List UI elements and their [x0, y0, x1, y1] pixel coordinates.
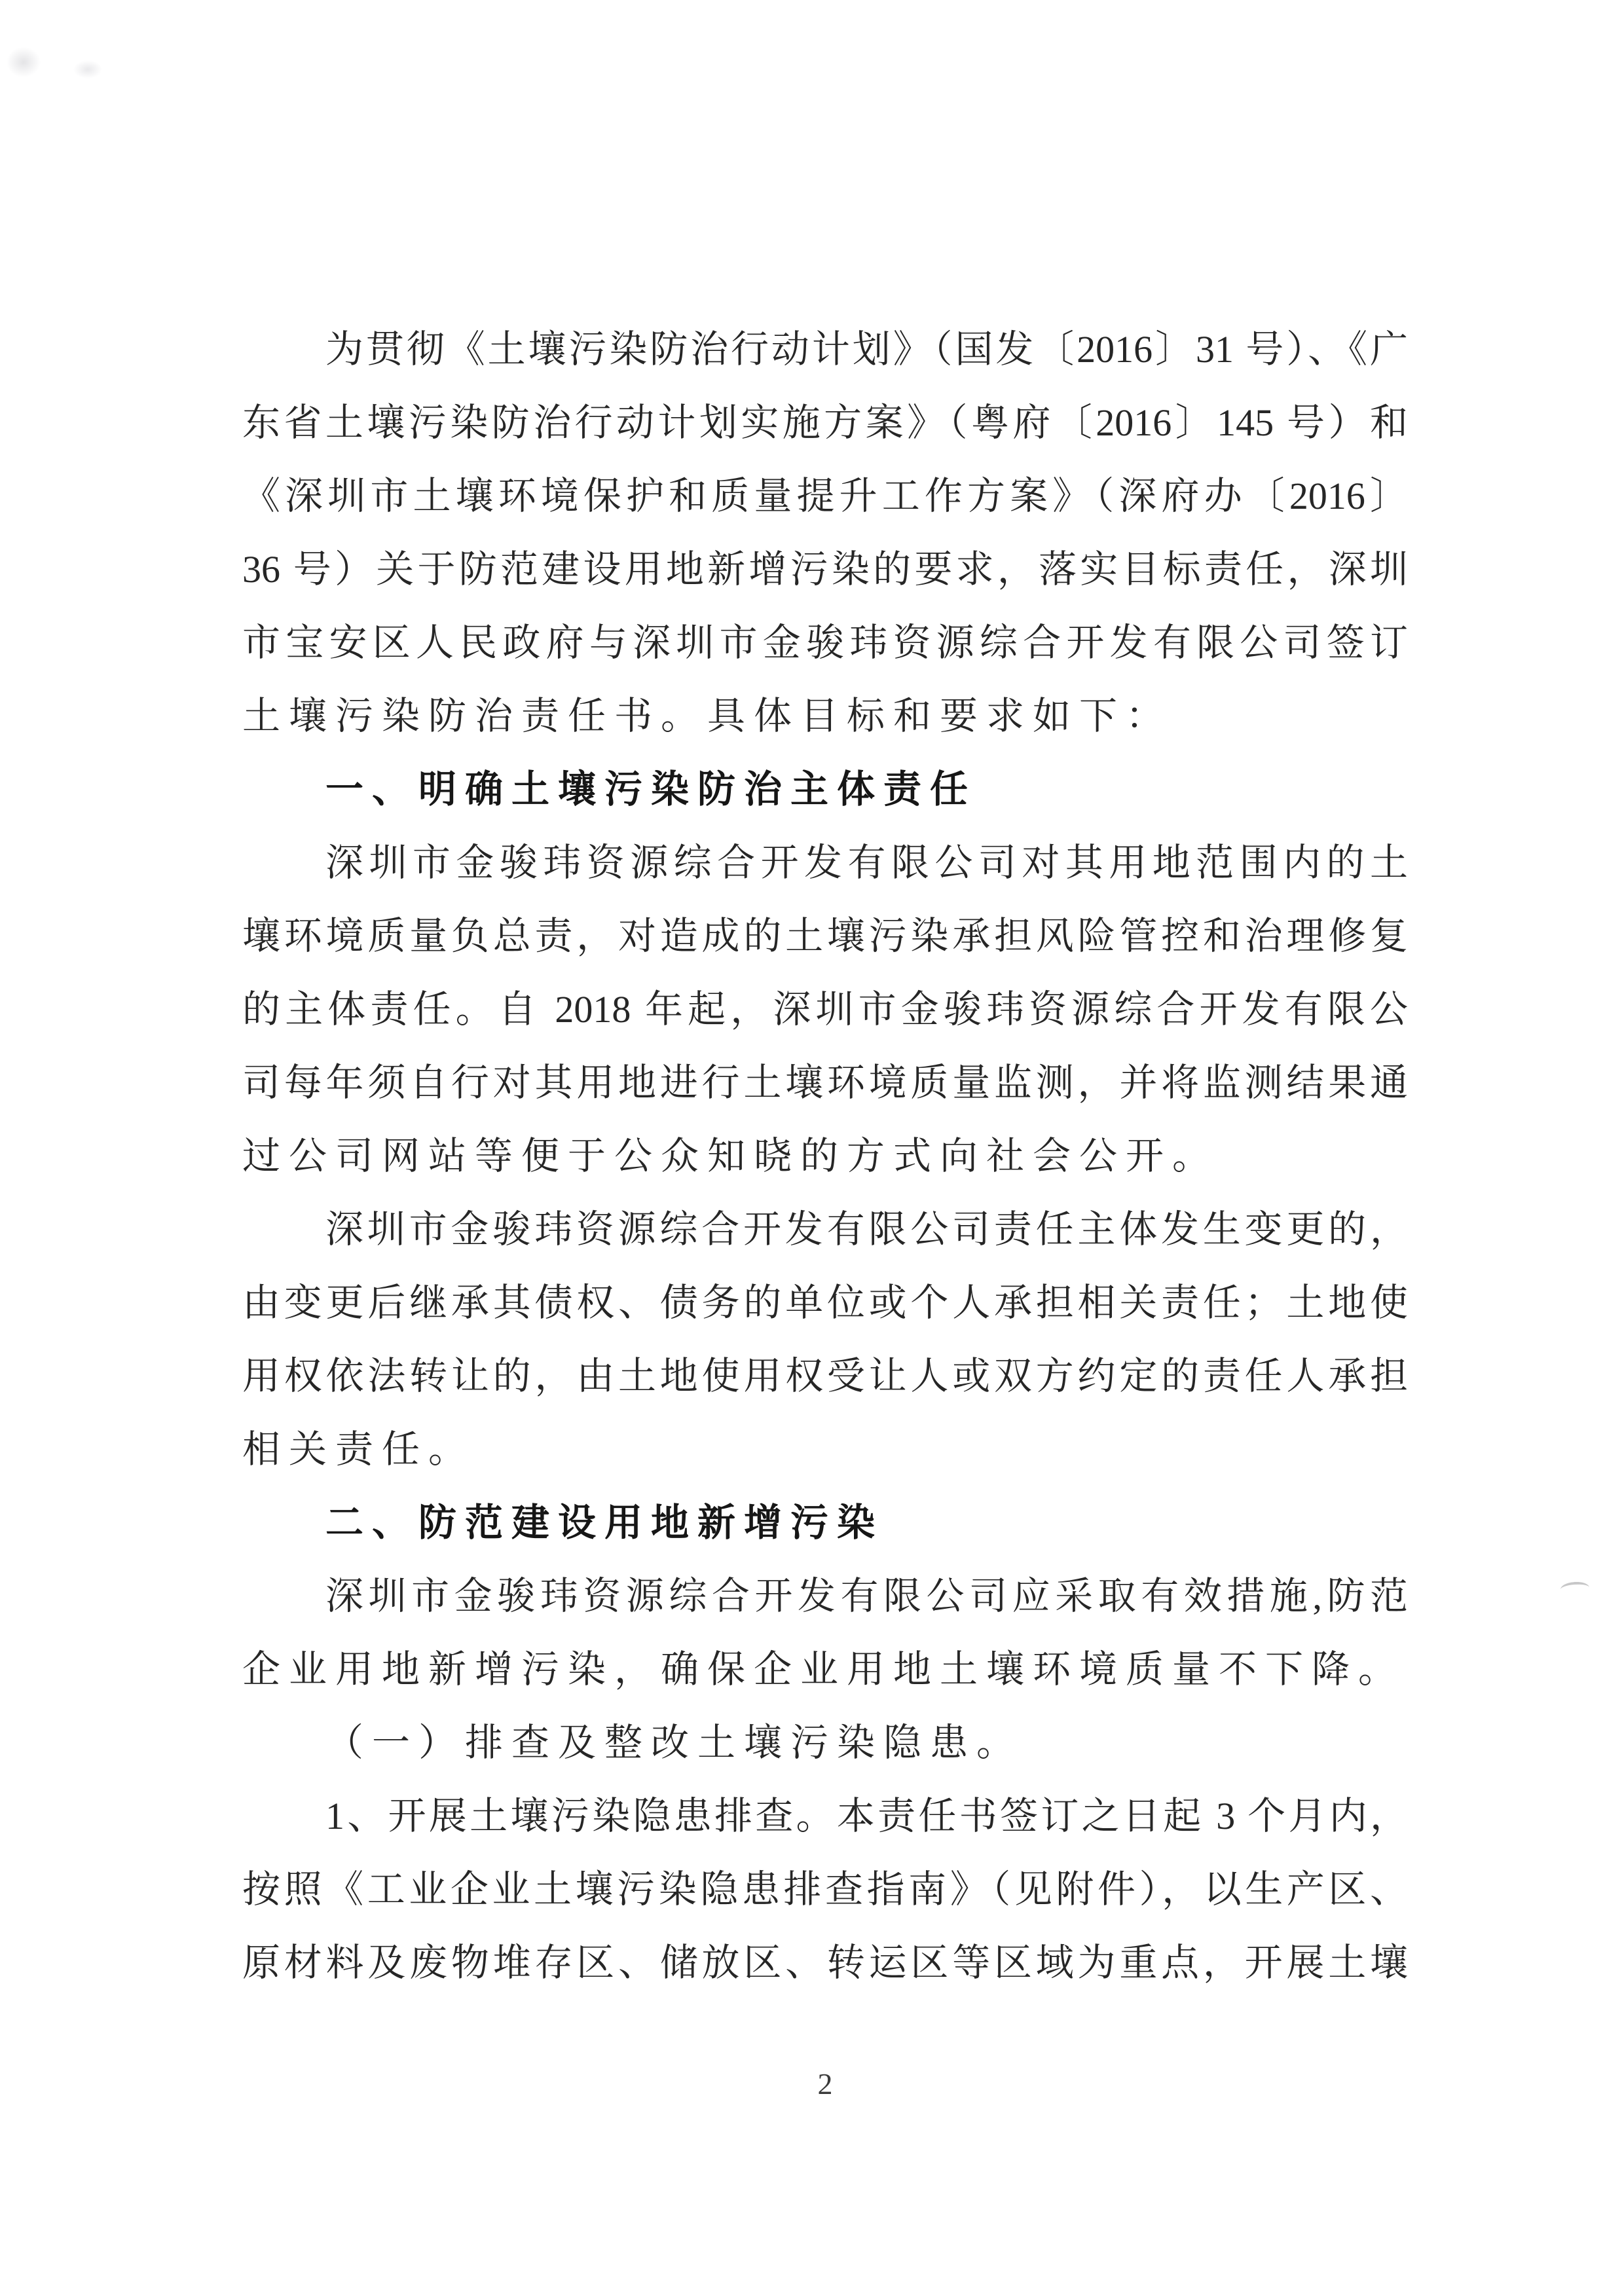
page-number: 2 — [242, 2061, 1408, 2107]
section-heading: 一、明确土壤污染防治主体责任 — [242, 753, 1408, 826]
text-line: （一）排查及整改土壤污染隐患。 — [242, 1706, 1408, 1780]
text-line: 36 号）关于防范建设用地新增污染的要求，落实目标责任，深圳 — [242, 533, 1408, 606]
text-line: 土壤污染防治责任书。具体目标和要求如下： — [242, 680, 1408, 753]
text-line: 1、开展土壤污染隐患排查。本责任书签订之日起 3 个月内， — [242, 1780, 1408, 1853]
text-line: 壤环境质量负总责，对造成的土壤污染承担风险管控和治理修复 — [242, 900, 1408, 973]
text-line: 相关责任。 — [242, 1413, 1408, 1486]
text-line: 企业用地新增污染，确保企业用地土壤环境质量不下降。 — [242, 1633, 1408, 1706]
text-line: 市宝安区人民政府与深圳市金骏玮资源综合开发有限公司签订 — [242, 606, 1408, 680]
scan-artifact-smudge — [7, 47, 41, 77]
scan-artifact-smudge — [73, 60, 102, 79]
text-line: 深圳市金骏玮资源综合开发有限公司责任主体发生变更的， — [242, 1193, 1408, 1266]
text-line: 过公司网站等便于公众知晓的方式向社会公开。 — [242, 1120, 1408, 1193]
scan-artifact-squiggle — [1560, 1581, 1589, 1596]
text-line: 由变更后继承其债权、债务的单位或个人承担相关责任；土地使 — [242, 1266, 1408, 1340]
text-line: 用权依法转让的，由土地使用权受让人或双方约定的责任人承担 — [242, 1340, 1408, 1413]
text-line: 深圳市金骏玮资源综合开发有限公司应采取有效措施,防范 — [242, 1560, 1408, 1633]
text-line: 东省土壤污染防治行动计划实施方案》（粤府〔2016〕145 号）和 — [242, 386, 1408, 460]
text-line: 按照《工业企业土壤污染隐患排查指南》（见附件），以生产区、 — [242, 1853, 1408, 1926]
document-page: 为贯彻《土壤污染防治行动计划》（国发〔2016〕31 号）、《广 东省土壤污染防… — [0, 0, 1624, 2295]
text-line: 的主体责任。自 2018 年起，深圳市金骏玮资源综合开发有限公 — [242, 973, 1408, 1046]
text-line: 原材料及废物堆存区、储放区、转运区等区域为重点，开展土壤 — [242, 1926, 1408, 2000]
text-line: 为贯彻《土壤污染防治行动计划》（国发〔2016〕31 号）、《广 — [242, 313, 1408, 386]
text-line: 司每年须自行对其用地进行土壤环境质量监测，并将监测结果通 — [242, 1046, 1408, 1120]
text-line: 《深圳市土壤环境保护和质量提升工作方案》（深府办〔2016〕 — [242, 460, 1408, 533]
section-heading: 二、防范建设用地新增污染 — [242, 1486, 1408, 1560]
text-line: 深圳市金骏玮资源综合开发有限公司对其用地范围内的土 — [242, 826, 1408, 900]
document-body: 为贯彻《土壤污染防治行动计划》（国发〔2016〕31 号）、《广 东省土壤污染防… — [242, 313, 1408, 2000]
